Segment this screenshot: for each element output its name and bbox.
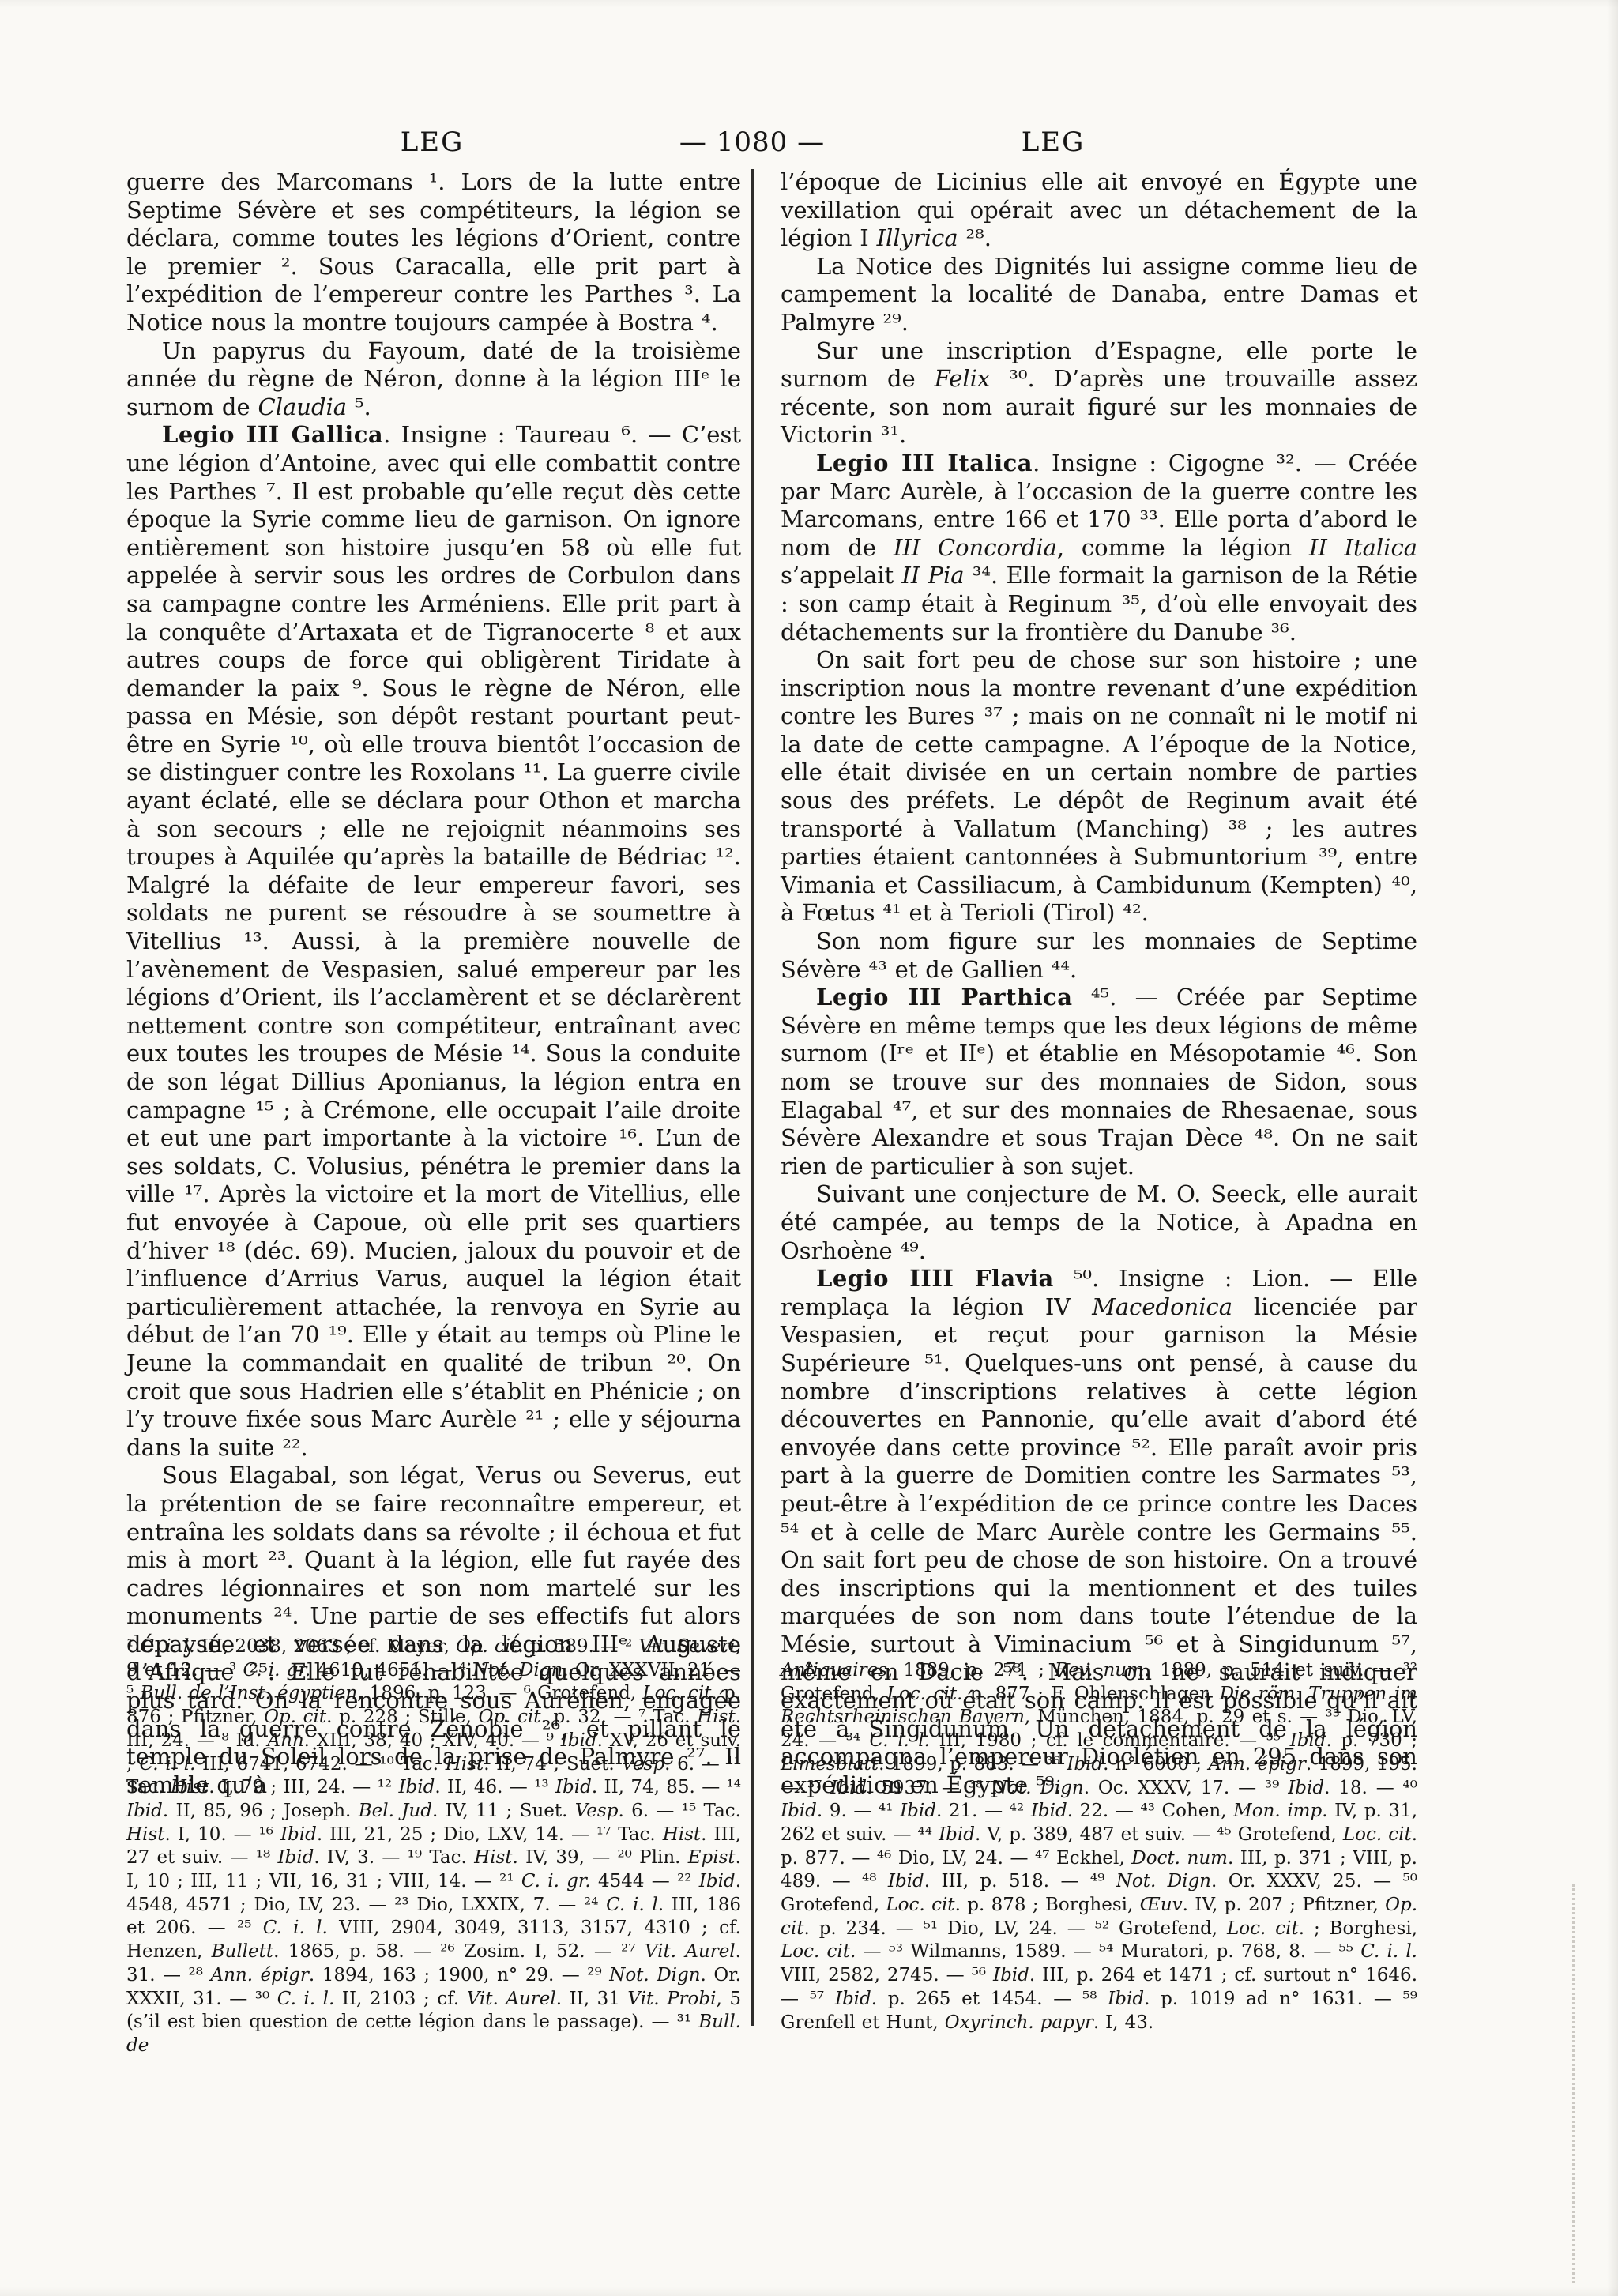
paragraph: Sur une inscription d’Espagne, elle port… bbox=[781, 337, 1417, 450]
paragraph: Legio III Italica. Insigne : Cigogne ³².… bbox=[781, 450, 1417, 646]
running-head-right: LEG bbox=[1022, 126, 1086, 158]
scanned-dictionary-page: LEG — 1080 — LEG guerre des Marcomans ¹.… bbox=[0, 0, 1618, 2296]
left-column-footnotes: ¹ C. i. l. III, 2038, 2063 ; cf. Meyer, … bbox=[126, 1635, 741, 2058]
paragraph: Son nom figure sur les monnaies de Septi… bbox=[781, 928, 1417, 984]
page-number: — 1080 — bbox=[679, 126, 825, 158]
paragraph: Legio III Parthica ⁴⁵. — Créée par Septi… bbox=[781, 984, 1417, 1180]
paragraph: La Notice des Dignités lui assigne comme… bbox=[781, 253, 1417, 337]
right-column-body: l’époque de Licinius elle ait envoyé en … bbox=[781, 168, 1417, 1799]
paragraph: Legio III Gallica. Insigne : Taureau ⁶. … bbox=[126, 421, 741, 1462]
column-divider-rule bbox=[751, 169, 754, 2026]
paragraph: guerre des Marcomans ¹. Lors de la lutte… bbox=[126, 168, 741, 337]
right-column-footnotes: Antiquaires, 1889, p. 271 ; Rev. num. 18… bbox=[781, 1659, 1417, 2034]
paragraph: Un papyrus du Fayoum, daté de la troisiè… bbox=[126, 337, 741, 422]
page-edge-scan-artifact bbox=[1572, 1884, 1575, 2283]
paragraph: l’époque de Licinius elle ait envoyé en … bbox=[781, 168, 1417, 253]
running-head-left: LEG bbox=[401, 126, 465, 158]
paragraph: Suivant une conjecture de M. O. Seeck, e… bbox=[781, 1180, 1417, 1265]
paragraph: On sait fort peu de chose sur son histoi… bbox=[781, 646, 1417, 928]
left-column-body: guerre des Marcomans ¹. Lors de la lutte… bbox=[126, 168, 741, 1799]
